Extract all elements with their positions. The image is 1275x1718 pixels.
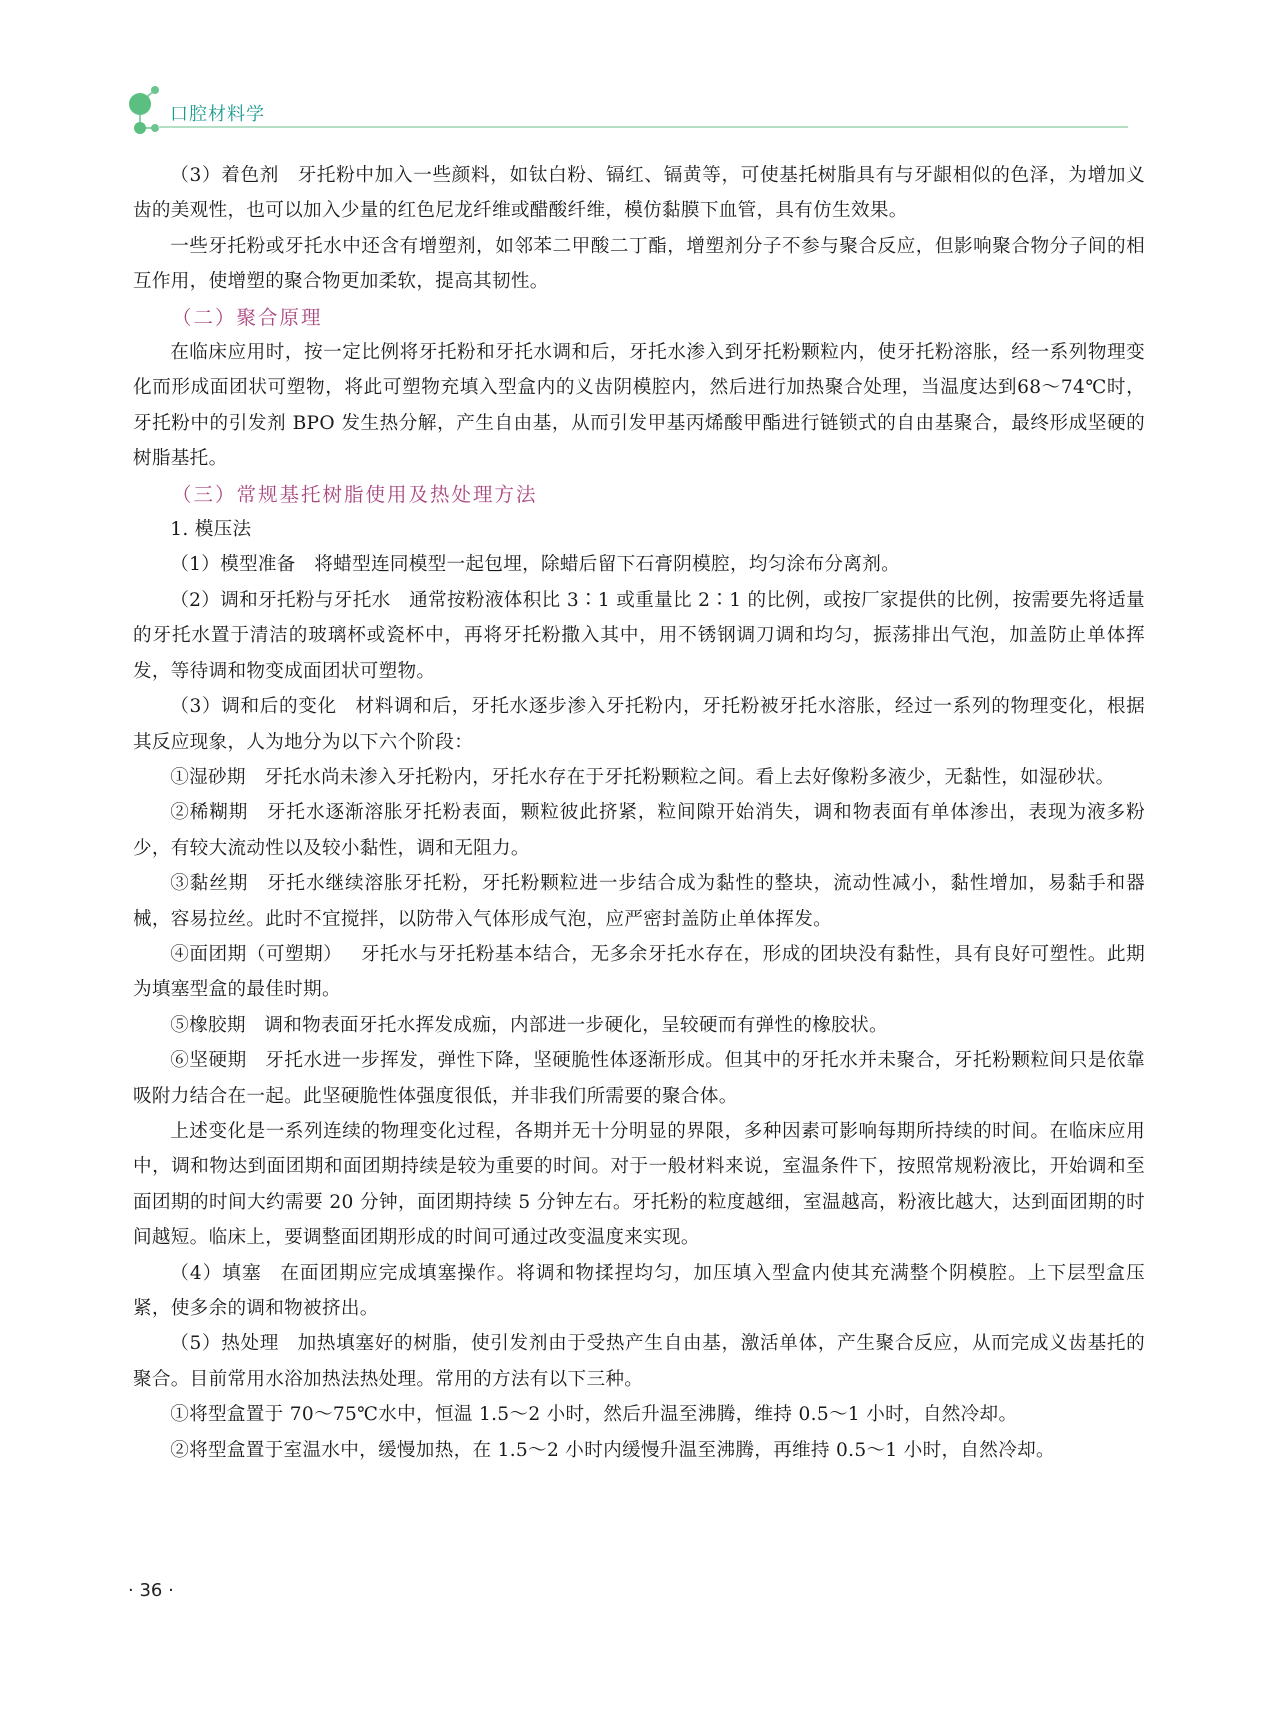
paragraph-mixing: （2）调和牙托粉与牙托水通常按粉液体积比 3∶1 或重量比 2∶1 的比例，或按… [133, 583, 1145, 689]
stage-rubber: ⑤橡胶期调和物表面牙托水挥发成痂，内部进一步硬化，呈较硬而有弹性的橡胶状。 [133, 1008, 1145, 1043]
method-two: ②将型盒置于室温水中，缓慢加热，在 1.5～2 小时内缓慢升温至沸腾，再维持 0… [133, 1433, 1145, 1468]
page-body: （3）着色剂牙托粉中加入一些颜料，如钛白粉、镉红、镉黄等，可使基托树脂具有与牙龈… [133, 158, 1145, 1468]
paragraph-polymerization: 在临床应用时，按一定比例将牙托粉和牙托水调和后，牙托水渗入到牙托粉颗粒内，使牙托… [133, 335, 1145, 477]
section-heading-methods: （三）常规基托树脂使用及热处理方法 [133, 477, 1145, 512]
section-heading-polymerization: （二）聚合原理 [133, 300, 1145, 335]
paragraph-summary: 上述变化是一系列连续的物理变化过程，各期并无十分明显的界限，多种因素可影响每期所… [133, 1114, 1145, 1256]
book-title: 口腔材料学 [170, 100, 265, 126]
paragraph-packing: （4）填塞在面团期应完成填塞操作。将调和物揉捏均匀，加压填入型盒内使其充满整个阴… [133, 1256, 1145, 1327]
stage-paste: ②稀糊期牙托水逐渐溶胀牙托粉表面，颗粒彼此挤紧，粒间隙开始消失，调和物表面有单体… [133, 795, 1145, 866]
stage-dough: ④面团期（可塑期）牙托水与牙托粉基本结合，无多余牙托水存在，形成的团块没有黏性，… [133, 937, 1145, 1008]
paragraph-heat-treatment: （5）热处理加热填塞好的树脂，使引发剂由于受热产生自由基，激活单体，产生聚合反应… [133, 1326, 1145, 1397]
method-one: ①将型盒置于 70～75℃水中，恒温 1.5～2 小时，然后升温至沸腾，维持 0… [133, 1397, 1145, 1432]
running-header: 口腔材料学 [128, 84, 1148, 134]
stage-hard: ⑥坚硬期牙托水进一步挥发，弹性下降，坚硬脆性体逐渐形成。但其中的牙托水并未聚合，… [133, 1043, 1145, 1114]
paragraph-plasticizer: 一些牙托粉或牙托水中还含有增塑剂，如邻苯二甲酸二丁酯，增塑剂分子不参与聚合反应，… [133, 229, 1145, 300]
item-lead: （3）着色剂 [170, 165, 279, 186]
stage-sticky: ③黏丝期牙托水继续溶胀牙托粉，牙托粉颗粒进一步结合成为黏性的整块，流动性减小，黏… [133, 866, 1145, 937]
subheading-compression-molding: 1. 模压法 [133, 512, 1145, 547]
paragraph-model-prep: （1）模型准备将蜡型连同模型一起包埋，除蜡后留下石膏阴模腔，均匀涂布分离剂。 [133, 547, 1145, 582]
page-number: · 36 · [128, 1580, 174, 1601]
header-rule [158, 126, 1128, 128]
paragraph-changes: （3）调和后的变化材料调和后，牙托水逐步渗入牙托粉内，牙托粉被牙托水溶胀，经过一… [133, 689, 1145, 760]
paragraph-colorant: （3）着色剂牙托粉中加入一些颜料，如钛白粉、镉红、镉黄等，可使基托树脂具有与牙龈… [133, 158, 1145, 229]
stage-wet-sand: ①湿砂期牙托水尚未渗入牙托粉内，牙托水存在于牙托粉颗粒之间。看上去好像粉多液少，… [133, 760, 1145, 795]
